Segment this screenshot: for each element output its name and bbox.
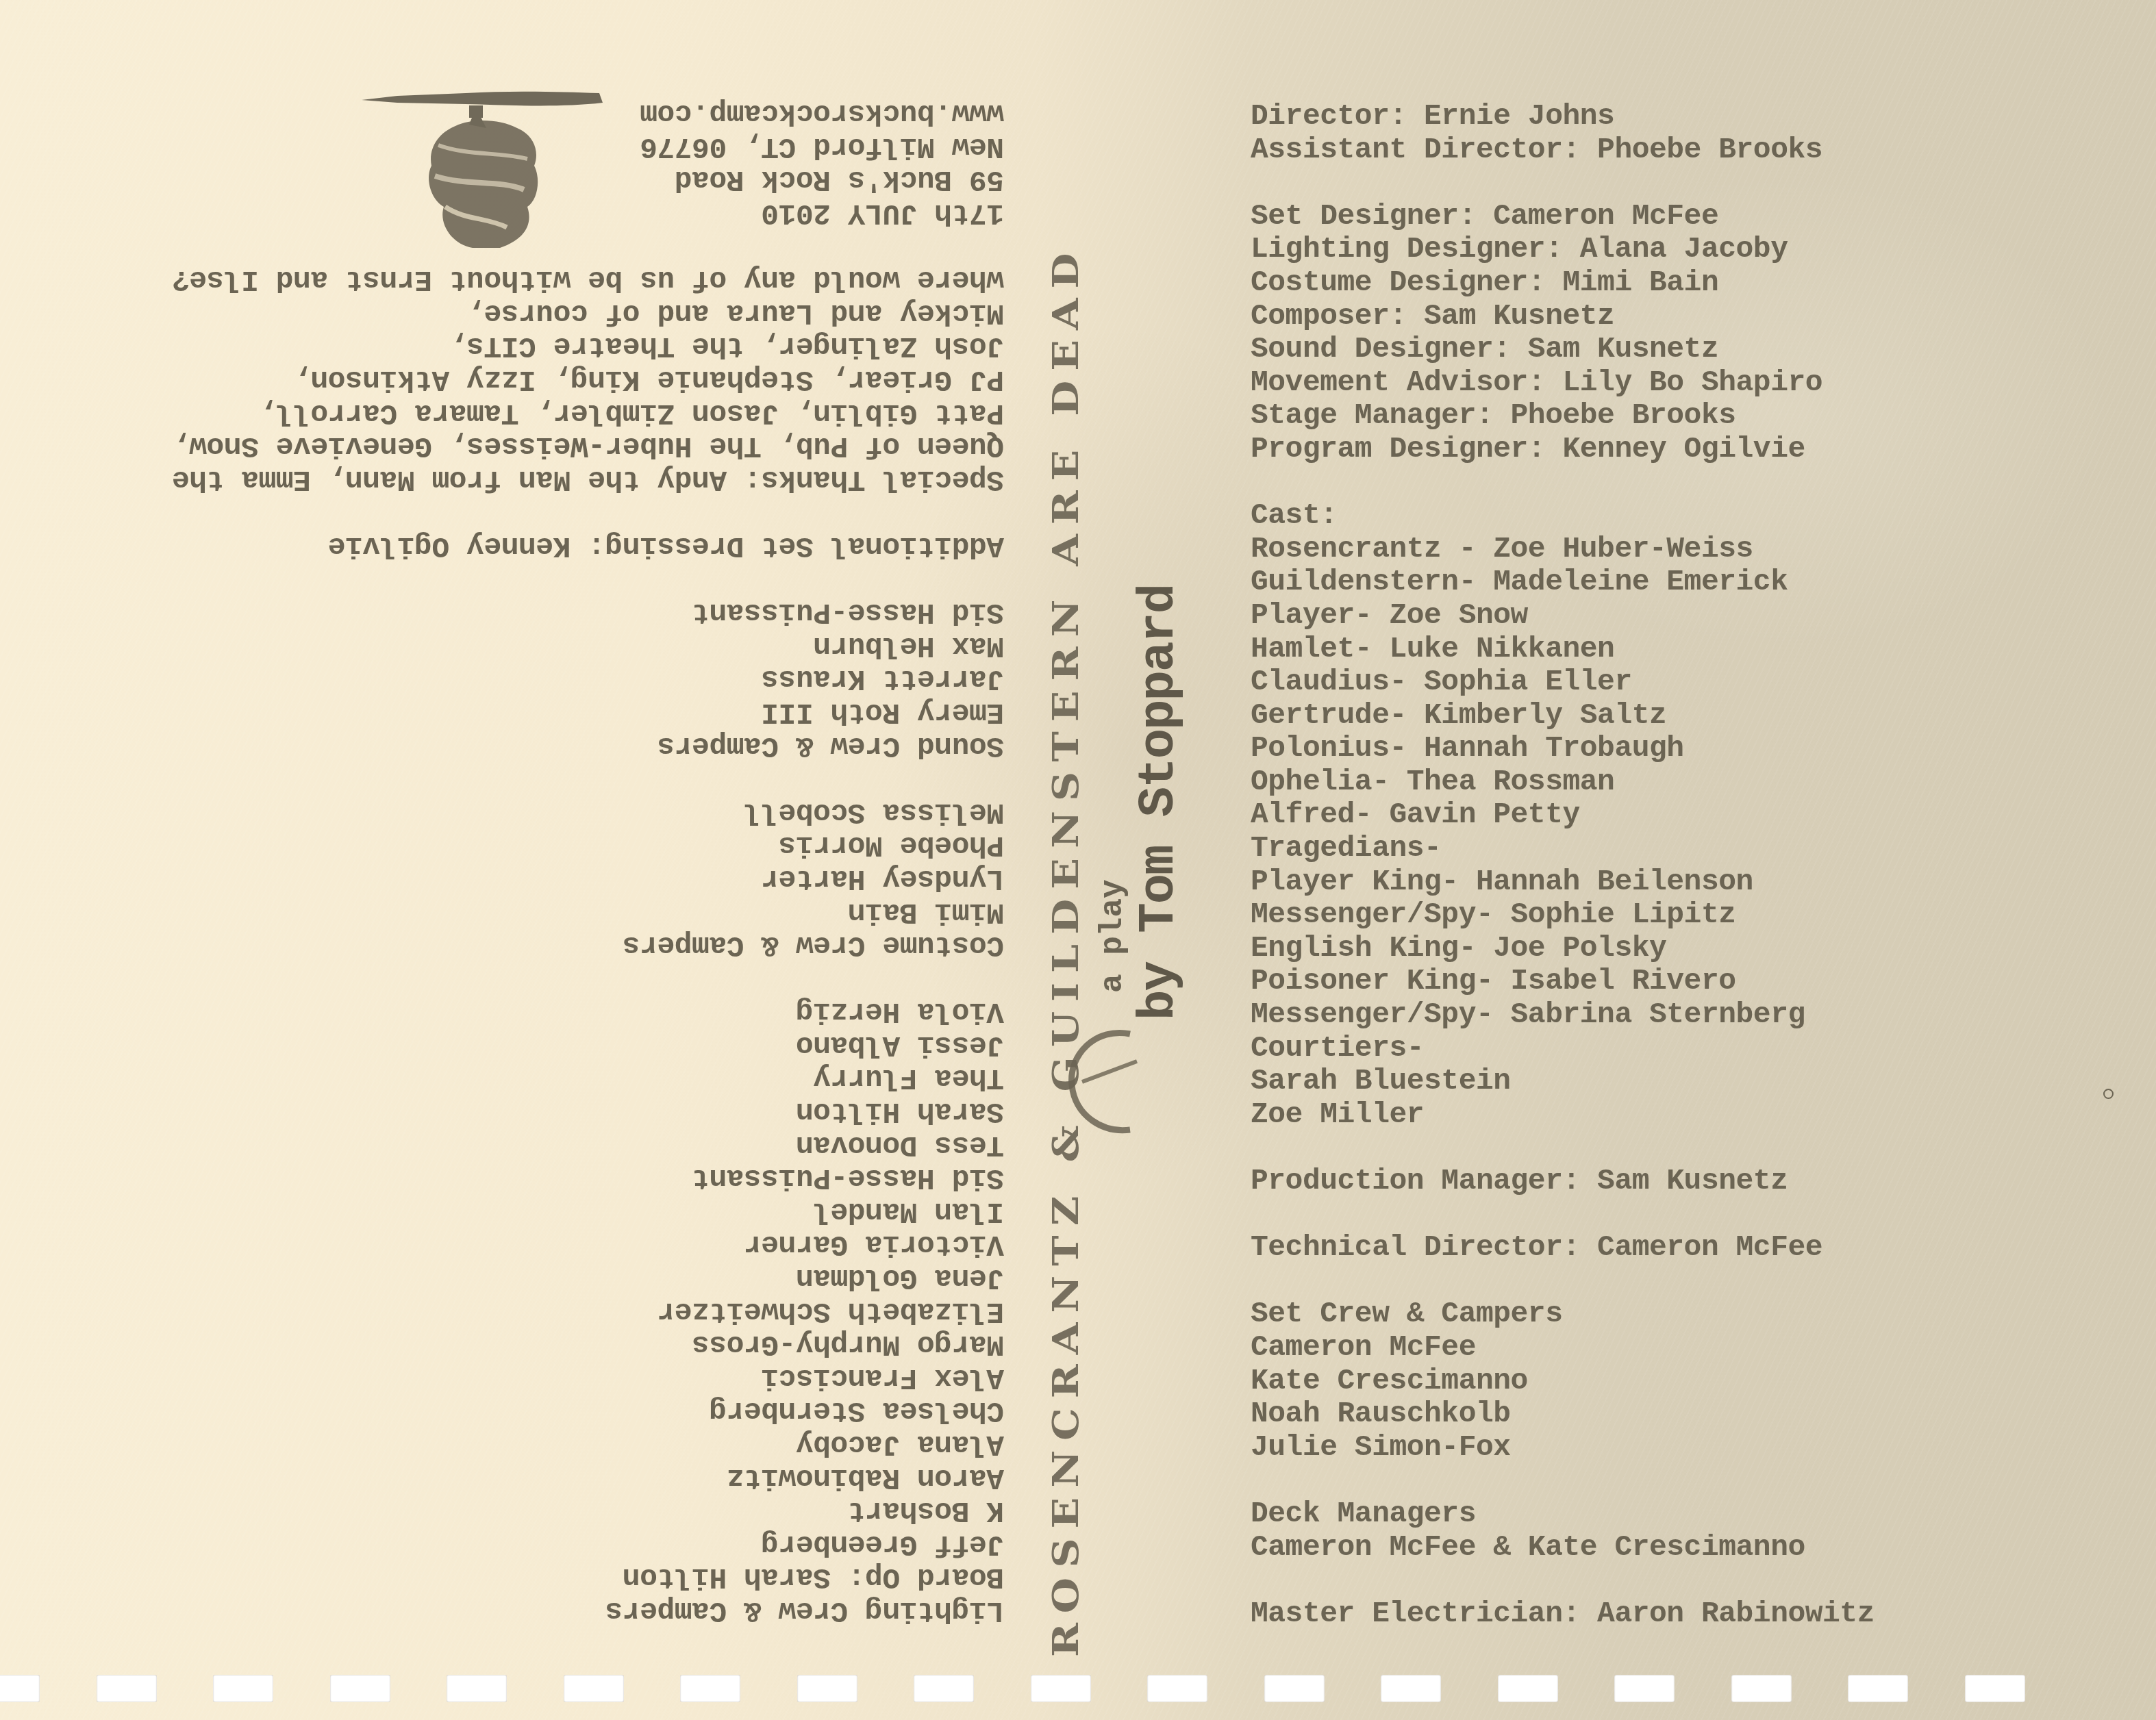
credit-line: Alfred- Gavin Petty (1251, 798, 1875, 832)
crew-line: Aaron Rabinowitz (172, 1460, 1004, 1494)
credit-line: Courtiers- (1251, 1032, 1875, 1065)
crew-line: Ilan Mandel (172, 1194, 1004, 1228)
crew-line: Costume Crew & Campers (172, 928, 1004, 962)
crew-line: Thea Flurry (172, 1061, 1004, 1095)
crew-line: Alex Francisci (172, 1361, 1004, 1394)
playwright-credit: a play by Tom Stoppard (1094, 585, 1188, 1020)
credit-line: English King- Joe Polsky (1251, 932, 1875, 965)
punch-hole (330, 1675, 390, 1702)
crew-line: Viola Herzig (172, 995, 1004, 1028)
credit-line: Gertrude- Kimberly Saltz (1251, 699, 1875, 733)
crew-line: Queen of Pub, The Huber-Weisses, Genevie… (172, 429, 1004, 463)
crew-line: where would any of us be without Ernst a… (172, 263, 1004, 296)
crew-line: Board Op: Sarah Hilton (172, 1560, 1004, 1594)
punch-hole (914, 1675, 974, 1702)
blank-line (1251, 1265, 1875, 1298)
credit-line: Cast: (1251, 499, 1875, 533)
credit-line: Messenger/Spy- Sabrina Sternberg (1251, 998, 1875, 1032)
punch-hole (213, 1675, 273, 1702)
credit-line: Set Designer: Cameron McFee (1251, 200, 1875, 233)
punch-hole (1031, 1675, 1091, 1702)
credit-line: Deck Managers (1251, 1497, 1875, 1531)
credit-line: Set Crew & Campers (1251, 1298, 1875, 1331)
credit-line: Cameron McFee (1251, 1331, 1875, 1365)
punch-hole (1147, 1675, 1207, 1702)
blank-line (1251, 466, 1875, 500)
production-credits: Director: Ernie JohnsAssistant Director:… (1251, 100, 1875, 1630)
punch-hole (447, 1675, 507, 1702)
crew-line: Victoria Garner (172, 1228, 1004, 1261)
crew-and-thanks-list: Lighting Crew & CampersBoard Op: Sarah H… (172, 97, 1004, 1627)
crew-line: Jessi Albano (172, 1028, 1004, 1061)
punch-hole (1731, 1675, 1792, 1702)
crew-line: Additional Set Dressing: Kenney Ogilvie (172, 529, 1004, 562)
ampersand-swash-icon (1055, 1020, 1151, 1143)
blank-line (172, 762, 1004, 796)
crew-line: Tess Donovan (172, 1128, 1004, 1161)
crew-line: Melissa Scobell (172, 795, 1004, 829)
punch-hole (680, 1675, 740, 1702)
credit-line: Player King- Hannah Beilenson (1251, 865, 1875, 899)
crew-line: Lighting Crew & Campers (172, 1593, 1004, 1627)
crew-line: Sid Hasse-Puissant (172, 596, 1004, 629)
credit-line: Lighting Designer: Alana Jacoby (1251, 233, 1875, 266)
punch-hole (0, 1675, 40, 1702)
punch-hole (797, 1675, 857, 1702)
crew-line: Jarrett Krauss (172, 662, 1004, 696)
credit-line: Poisoner King- Isabel Rivero (1251, 965, 1875, 998)
subtitle-by-author: by Tom Stoppard (1131, 585, 1188, 1020)
crew-line: Mimi Bain (172, 895, 1004, 928)
punch-hole (1381, 1675, 1441, 1702)
credit-line: Director: Ernie Johns (1251, 100, 1875, 134)
credit-line: Composer: Sam Kusnetz (1251, 300, 1875, 333)
crew-line: Jeff Greenberg (172, 1527, 1004, 1560)
registration-dot-icon (2103, 1089, 2114, 1099)
crew-line: Elizabeth Schweitzer (172, 1294, 1004, 1328)
crew-line: PJ Griear, Stephanie King, Izzy Atkinson… (172, 362, 1004, 396)
credit-line: Tragedians- (1251, 832, 1875, 865)
credit-line: Master Electrician: Aaron Rabinowitz (1251, 1597, 1875, 1631)
credit-line: Movement Advisor: Lily Bo Shapiro (1251, 366, 1875, 400)
punch-hole (1965, 1675, 2025, 1702)
credit-line: Guildenstern- Madeleine Emerick (1251, 566, 1875, 599)
credit-line: Rosencrantz - Zoe Huber-Weiss (1251, 533, 1875, 566)
crew-line: Chelsea Sternberg (172, 1394, 1004, 1428)
credit-line: Hamlet- Luke Nikkanen (1251, 633, 1875, 666)
credit-line: Player- Zoe Snow (1251, 599, 1875, 633)
blank-line (1251, 1464, 1875, 1497)
crew-line: Lyndsey Harter (172, 861, 1004, 895)
inverted-crew-panel: Lighting Crew & CampersBoard Op: Sarah H… (0, 0, 1164, 1720)
blank-line (1251, 1131, 1875, 1165)
punch-hole (1498, 1675, 1558, 1702)
credit-line: Messenger/Spy- Sophie Lipitz (1251, 898, 1875, 932)
credit-line: Julie Simon-Fox (1251, 1431, 1875, 1465)
credit-line: Sarah Bluestein (1251, 1065, 1875, 1098)
credit-line: Claudius- Sophia Eller (1251, 666, 1875, 699)
blank-line (172, 562, 1004, 596)
blank-line (1251, 1198, 1875, 1232)
blank-line (172, 961, 1004, 995)
credit-line: Kate Crescimanno (1251, 1365, 1875, 1398)
punch-hole (97, 1675, 157, 1702)
punch-hole (1848, 1675, 1908, 1702)
crew-line: Jena Goldman (172, 1261, 1004, 1294)
credit-line: Production Manager: Sam Kusnetz (1251, 1165, 1875, 1198)
credit-line: Ophelia- Thea Rossman (1251, 766, 1875, 799)
crew-line: Josh Zalinger, the Theatre CITs, (172, 329, 1004, 363)
crew-line: Emery Roth III (172, 695, 1004, 729)
subtitle-a-play: a play (1094, 585, 1131, 993)
crew-line: Sound Crew & Campers (172, 729, 1004, 762)
play-title: ROSENCRANTZ & GUILDENSTERN ARE DEAD (1044, 243, 1087, 1657)
crew-line: K Boshart (172, 1494, 1004, 1528)
credit-line: Assistant Director: Phoebe Brooks (1251, 134, 1875, 167)
crew-line: Alana Jacoby (172, 1427, 1004, 1460)
crew-line: Patt Giblin, Jason Zimbler, Tamara Carro… (172, 396, 1004, 429)
crew-line: Sarah Hilton (172, 1095, 1004, 1128)
title-block: ROSENCRANTZ & GUILDENSTERN ARE DEAD a pl… (1041, 243, 1090, 1657)
punch-hole (1614, 1675, 1675, 1702)
credit-line: Cameron McFee & Kate Crescimanno (1251, 1531, 1875, 1565)
blank-line (172, 496, 1004, 529)
credit-line: Zoe Miller (1251, 1098, 1875, 1132)
credit-line: Stage Manager: Phoebe Brooks (1251, 399, 1875, 433)
crew-line: Sid Hasse-Puissant (172, 1161, 1004, 1195)
blank-line (1251, 166, 1875, 200)
crew-line: Mickey and Laura and of course, (172, 296, 1004, 329)
crew-line: Special Thanks: Andy the Man from Mann, … (172, 462, 1004, 496)
crew-line: Margo Murphy-Gross (172, 1328, 1004, 1361)
punch-hole (1264, 1675, 1325, 1702)
crew-line: Phoebe Morris (172, 829, 1004, 862)
credit-line: Program Designer: Kenney Ogilvie (1251, 433, 1875, 466)
credit-line: Costume Designer: Mimi Bain (1251, 266, 1875, 300)
credit-line: Sound Designer: Sam Kusnetz (1251, 333, 1875, 366)
blank-line (1251, 1564, 1875, 1597)
credit-line: Technical Director: Cameron McFee (1251, 1231, 1875, 1265)
crew-line: Max Helburn (172, 629, 1004, 662)
credit-line: Noah Rauschkolb (1251, 1397, 1875, 1431)
punch-hole (564, 1675, 624, 1702)
credit-line: Polonius- Hannah Trobaugh (1251, 732, 1875, 766)
bucks-rock-logo-icon (356, 84, 603, 255)
